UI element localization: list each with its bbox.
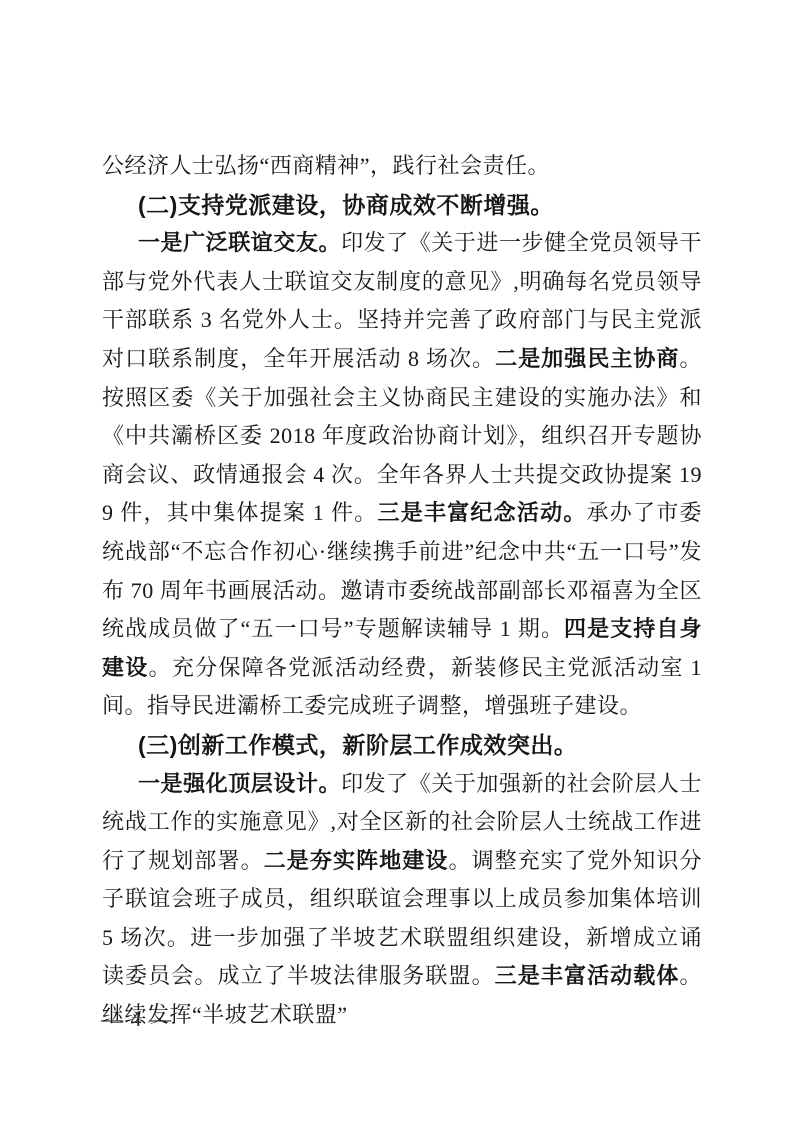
paragraph: 一是强化顶层设计。印发了《关于加强新的社会阶层人士统战工作的实施意见》,对全区新… — [102, 765, 702, 1035]
paragraph: 一是广泛联谊交友。印发了《关于进一步健全党员领导干部与党外代表人士联谊交友制度的… — [102, 224, 702, 726]
bold-run: 一是广泛联谊交友。 — [138, 230, 341, 255]
bold-run: 二是加强民主协商 — [495, 346, 679, 371]
bold-run: 三是丰富活动载体 — [495, 963, 680, 988]
text-run: 。充分保障各党派活动经费，新装修民主党派活动室 1 间。指导民进灞桥工委完成班子… — [102, 655, 702, 719]
bold-run: 三是丰富纪念活动。 — [377, 500, 586, 525]
bold-run: (二)支持党派建设，协商成效不断增强。 — [138, 192, 554, 218]
document-body: 公经济人士弘扬“西商精神”，践行社会责任。(二)支持党派建设，协商成效不断增强。… — [102, 147, 702, 1035]
page-number: — 4 — — [101, 1006, 172, 1032]
document-page: 公经济人士弘扬“西商精神”，践行社会责任。(二)支持党派建设，协商成效不断增强。… — [0, 0, 793, 1122]
text-run: 公经济人士弘扬“西商精神”，践行社会责任。 — [102, 153, 550, 178]
text-run: 。按照区委《关于加强社会主义协商民主建设的实施办法》和《中共灞桥区委 2018 … — [102, 346, 702, 525]
bold-run: 二是夯实阵地建设 — [264, 848, 449, 873]
bold-run: (三)创新工作模式，新阶层工作成效突出。 — [138, 732, 577, 758]
paragraph: 公经济人士弘扬“西商精神”，践行社会责任。 — [102, 147, 702, 186]
section-heading: (二)支持党派建设，协商成效不断增强。 — [102, 186, 702, 225]
section-heading: (三)创新工作模式，新阶层工作成效突出。 — [102, 726, 702, 765]
bold-run: 一是强化顶层设计。 — [138, 771, 341, 796]
